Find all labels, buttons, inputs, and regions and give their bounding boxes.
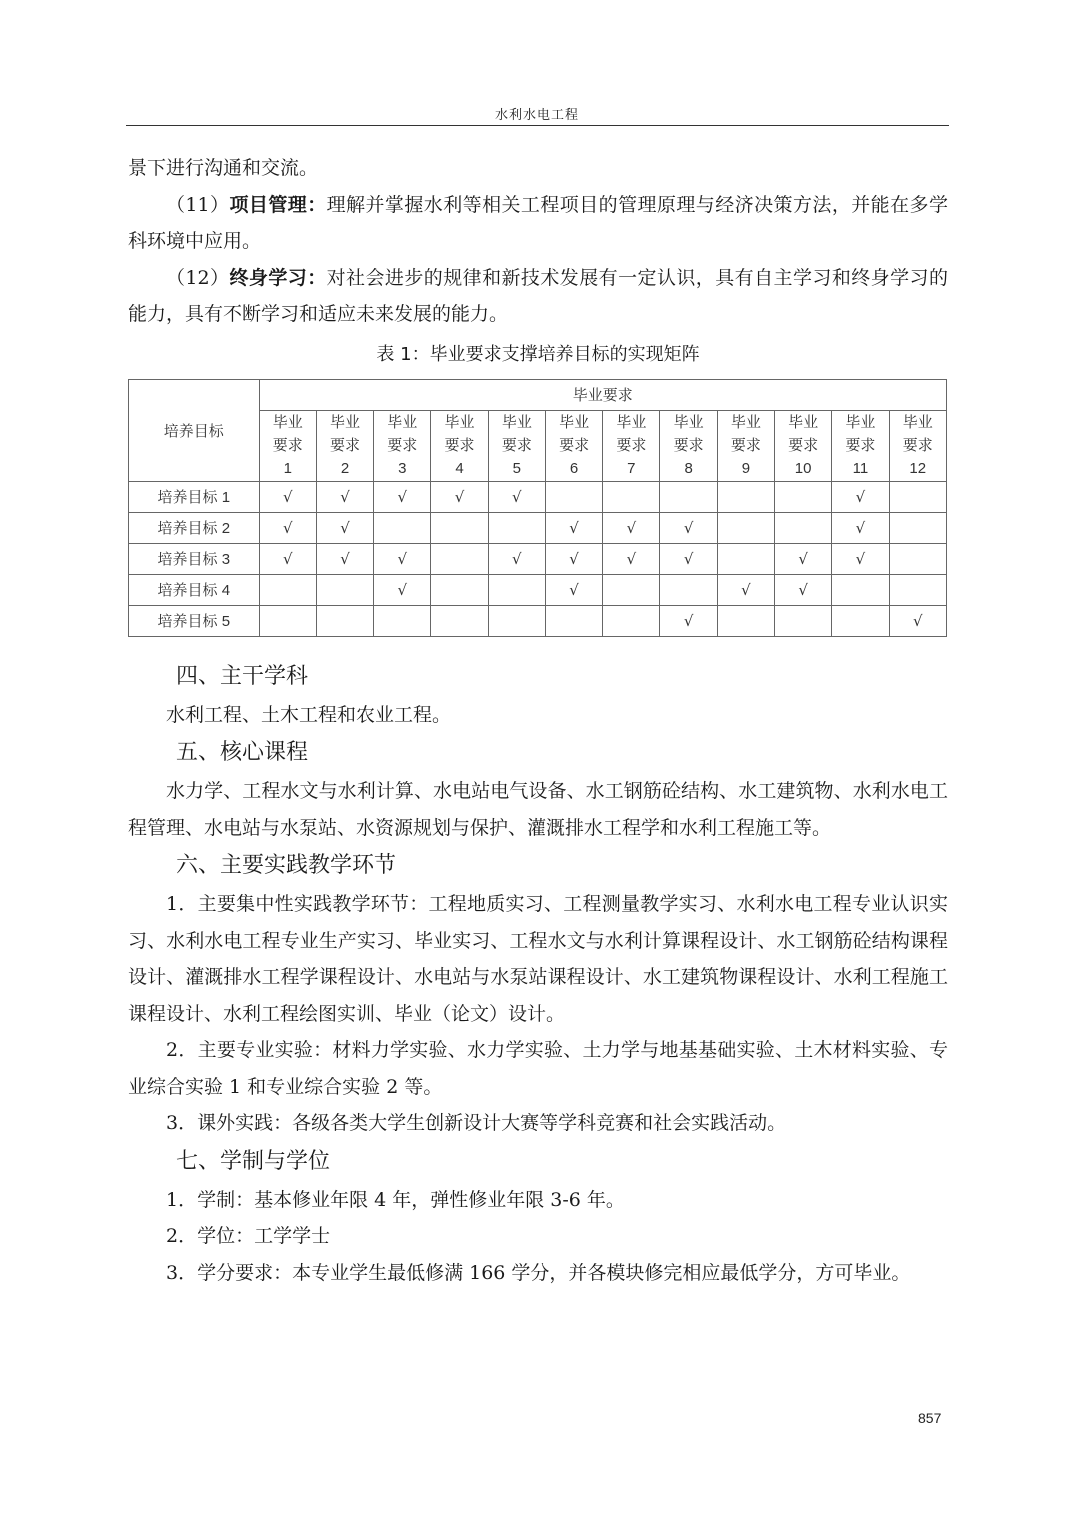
empty-cell [316, 605, 373, 636]
column-header-req-12: 毕业要求12 [889, 410, 946, 481]
check-mark-cell: √ [316, 512, 373, 543]
header-line: 11 [832, 457, 888, 480]
header-line: 7 [603, 457, 659, 480]
check-mark-cell: √ [316, 481, 373, 512]
empty-cell [545, 605, 602, 636]
page-content: 景下进行沟通和交流。 （11）项目管理：理解并掌握水利等相关工程项目的管理原理与… [128, 150, 948, 1291]
empty-cell [832, 605, 889, 636]
header-line: 要求 [660, 434, 716, 457]
check-mark-cell: √ [717, 574, 774, 605]
row-label: 培养目标 5 [129, 605, 260, 636]
empty-cell [545, 481, 602, 512]
section-heading-5: 五、核心课程 [128, 733, 948, 773]
empty-cell [431, 574, 488, 605]
header-line: 3 [374, 457, 430, 480]
header-line: 毕业 [775, 411, 831, 434]
check-mark-cell: √ [603, 512, 660, 543]
check-mark-cell: √ [603, 543, 660, 574]
check-mark-cell: √ [374, 543, 431, 574]
intro-paragraph-0: 景下进行沟通和交流。 [128, 150, 948, 187]
header-line: 要求 [489, 434, 545, 457]
item-label: 终身学习： [229, 267, 326, 289]
section-body-4: 水利工程、土木工程和农业工程。 [128, 697, 948, 734]
empty-cell [259, 605, 316, 636]
column-header-req-1: 毕业要求1 [259, 410, 316, 481]
header-line: 1 [260, 457, 316, 480]
section-heading-7: 七、学制与学位 [128, 1142, 948, 1182]
check-mark-cell: √ [832, 543, 889, 574]
empty-cell [775, 605, 832, 636]
header-line: 6 [546, 457, 602, 480]
header-line: 毕业 [489, 411, 545, 434]
check-mark-cell: √ [832, 481, 889, 512]
column-header-req-2: 毕业要求2 [316, 410, 373, 481]
header-line: 毕业 [260, 411, 316, 434]
item-number: （12） [166, 267, 229, 289]
row-label: 培养目标 1 [129, 481, 260, 512]
empty-cell [603, 605, 660, 636]
header-line: 毕业 [832, 411, 888, 434]
empty-cell [316, 574, 373, 605]
table-caption: 表 1：毕业要求支撑培养目标的实现矩阵 [128, 343, 948, 367]
check-mark-cell: √ [832, 512, 889, 543]
header-line: 要求 [775, 434, 831, 457]
column-header-req-10: 毕业要求10 [775, 410, 832, 481]
item-label: 项目管理： [229, 194, 326, 216]
header-line: 2 [317, 457, 373, 480]
column-header-req-4: 毕业要求4 [431, 410, 488, 481]
section-body-5: 水力学、工程水文与水利计算、水电站电气设备、水工钢筋砼结构、水工建筑物、水利水电… [128, 773, 948, 846]
header-line: 5 [489, 457, 545, 480]
empty-cell [832, 574, 889, 605]
header-line: 要求 [431, 434, 487, 457]
table-row: 培养目标 4√√√√ [129, 574, 947, 605]
empty-cell [660, 481, 717, 512]
degree-item-3: 3．学分要求：本专业学生最低修满 166 学分，并各模块修完相应最低学分，方可毕… [128, 1255, 948, 1292]
column-header-req-9: 毕业要求9 [717, 410, 774, 481]
table-row: 培养目标 5√√ [129, 605, 947, 636]
group-header: 毕业要求 [259, 379, 946, 410]
empty-cell [717, 543, 774, 574]
header-line: 要求 [546, 434, 602, 457]
header-line: 毕业 [317, 411, 373, 434]
header-line: 8 [660, 457, 716, 480]
check-mark-cell: √ [775, 574, 832, 605]
empty-cell [488, 512, 545, 543]
practice-item-2: 2．主要专业实验：材料力学实验、水力学实验、土力学与地基基础实验、土木材料实验、… [128, 1032, 948, 1105]
header-line: 要求 [718, 434, 774, 457]
column-header-req-6: 毕业要求6 [545, 410, 602, 481]
column-header-req-8: 毕业要求8 [660, 410, 717, 481]
header-line: 要求 [832, 434, 888, 457]
header-line: 12 [890, 457, 946, 480]
header-line: 要求 [374, 434, 430, 457]
column-header-req-11: 毕业要求11 [832, 410, 889, 481]
header-line: 毕业 [718, 411, 774, 434]
check-mark-cell: √ [488, 481, 545, 512]
check-mark-cell: √ [775, 543, 832, 574]
degree-item-1: 1．学制：基本修业年限 4 年，弹性修业年限 3-6 年。 [128, 1182, 948, 1219]
empty-cell [431, 512, 488, 543]
empty-cell [603, 481, 660, 512]
check-mark-cell: √ [374, 574, 431, 605]
column-header-req-3: 毕业要求3 [374, 410, 431, 481]
matrix-body: 培养目标 1√√√√√√培养目标 2√√√√√√培养目标 3√√√√√√√√√培… [129, 481, 947, 636]
empty-cell [603, 574, 660, 605]
check-mark-cell: √ [374, 481, 431, 512]
check-mark-cell: √ [889, 605, 946, 636]
header-line: 9 [718, 457, 774, 480]
header-line: 10 [775, 457, 831, 480]
running-header: 水利水电工程 [0, 104, 1074, 123]
corner-header: 培养目标 [129, 379, 260, 481]
check-mark-cell: √ [488, 543, 545, 574]
empty-cell [775, 481, 832, 512]
header-line: 毕业 [546, 411, 602, 434]
check-mark-cell: √ [545, 512, 602, 543]
row-label: 培养目标 3 [129, 543, 260, 574]
practice-item-3: 3．课外实践：各级各类大学生创新设计大赛等学科竞赛和社会实践活动。 [128, 1105, 948, 1142]
section-heading-6: 六、主要实践教学环节 [128, 846, 948, 886]
column-header-req-5: 毕业要求5 [488, 410, 545, 481]
check-mark-cell: √ [431, 481, 488, 512]
check-mark-cell: √ [259, 481, 316, 512]
header-line: 毕业 [374, 411, 430, 434]
intro-paragraph-1: （11）项目管理：理解并掌握水利等相关工程项目的管理原理与经济决策方法，并能在多… [128, 187, 948, 260]
check-mark-cell: √ [660, 543, 717, 574]
row-label: 培养目标 2 [129, 512, 260, 543]
page-number: 857 [918, 1410, 941, 1426]
section-heading-4: 四、主干学科 [128, 657, 948, 697]
empty-cell [259, 574, 316, 605]
empty-cell [889, 574, 946, 605]
empty-cell [889, 543, 946, 574]
practice-item-1: 1．主要集中性实践教学环节：工程地质实习、工程测量教学实习、水利水电工程专业认识… [128, 886, 948, 1032]
check-mark-cell: √ [660, 512, 717, 543]
empty-cell [717, 512, 774, 543]
empty-cell [717, 481, 774, 512]
check-mark-cell: √ [545, 574, 602, 605]
empty-cell [374, 605, 431, 636]
header-line: 要求 [890, 434, 946, 457]
empty-cell [717, 605, 774, 636]
header-rule [126, 125, 949, 126]
check-mark-cell: √ [259, 512, 316, 543]
table-row: 培养目标 2√√√√√√ [129, 512, 947, 543]
empty-cell [488, 574, 545, 605]
check-mark-cell: √ [660, 605, 717, 636]
empty-cell [431, 543, 488, 574]
degree-item-2: 2．学位：工学学士 [128, 1218, 948, 1255]
empty-cell [374, 512, 431, 543]
row-label: 培养目标 4 [129, 574, 260, 605]
empty-cell [775, 512, 832, 543]
empty-cell [488, 605, 545, 636]
empty-cell [431, 605, 488, 636]
table-row: 培养目标 1√√√√√√ [129, 481, 947, 512]
empty-cell [660, 574, 717, 605]
table-row: 培养目标 3√√√√√√√√√ [129, 543, 947, 574]
check-mark-cell: √ [316, 543, 373, 574]
intro-paragraph-2: （12）终身学习：对社会进步的规律和新技术发展有一定认识，具有自主学习和终身学习… [128, 260, 948, 333]
column-header-req-7: 毕业要求7 [603, 410, 660, 481]
header-line: 要求 [603, 434, 659, 457]
empty-cell [889, 481, 946, 512]
item-number: （11） [166, 194, 229, 216]
check-mark-cell: √ [545, 543, 602, 574]
empty-cell [889, 512, 946, 543]
support-matrix-table: 培养目标 毕业要求 毕业要求1毕业要求2毕业要求3毕业要求4毕业要求5毕业要求6… [128, 379, 947, 637]
header-line: 要求 [260, 434, 316, 457]
header-line: 毕业 [431, 411, 487, 434]
header-line: 毕业 [890, 411, 946, 434]
header-line: 毕业 [660, 411, 716, 434]
header-line: 毕业 [603, 411, 659, 434]
check-mark-cell: √ [259, 543, 316, 574]
header-line: 4 [431, 457, 487, 480]
header-line: 要求 [317, 434, 373, 457]
